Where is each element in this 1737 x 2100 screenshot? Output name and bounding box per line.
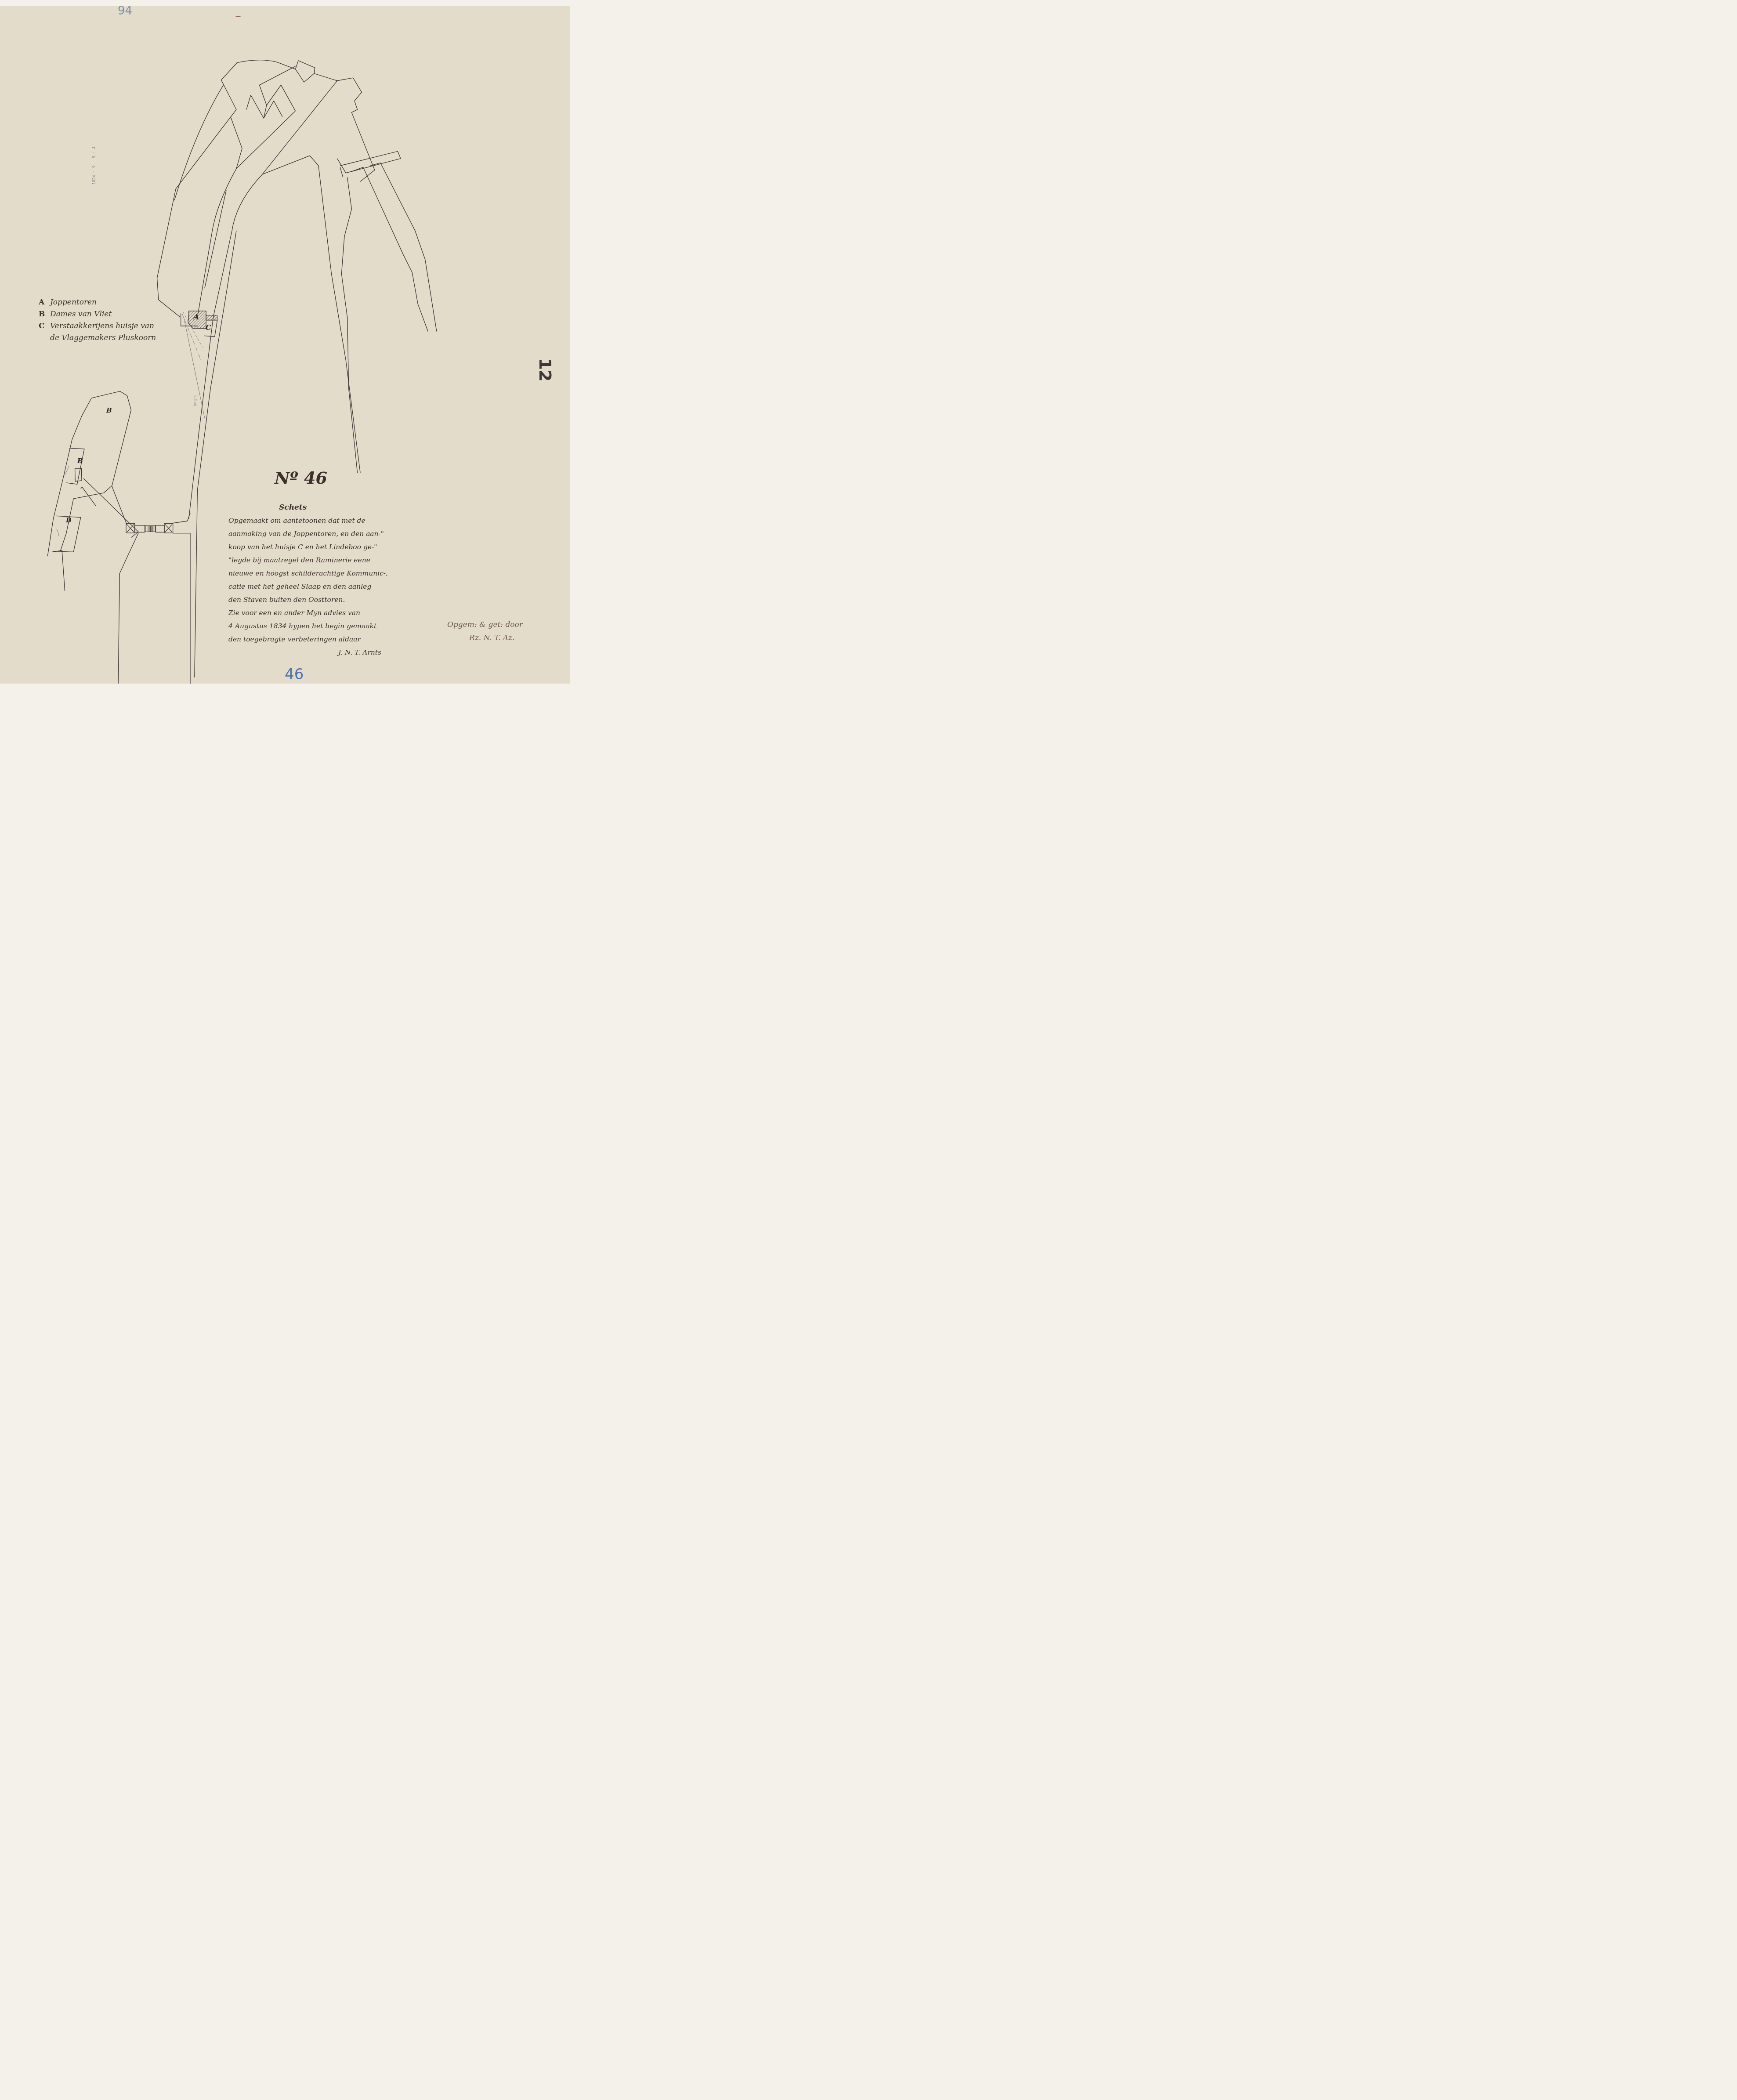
surveyor-line-1: Opgem: & get: door [447,618,523,631]
notes-heading: Schets [228,501,388,514]
sheet-stamp-number: 12 [536,358,555,382]
sheet-number-title: Nº 46 [275,468,327,488]
map-label-b-middle: B [77,457,83,465]
b-buildings [47,391,131,591]
pencil-number-top: 94 [118,4,132,18]
surveyor-line-2: Rz. N. T. Az. [447,631,523,644]
notes-line: den toegebragte verbeteringen aldaar [228,633,388,646]
legend-label: Verstaakkerijens huisje van [50,320,154,332]
legend-item-a: A Joppentoren [39,297,156,308]
notes-signature: J. N. T. Arnts [228,646,388,659]
pencil-dash-top: — [235,13,241,19]
legend-item-b: B Dames van Vliet [39,308,156,320]
legend-key: C [39,320,50,332]
legend-label-continued: de Vlaggemakers Pluskoorn [39,332,156,344]
pencil-number-bottom: 46 [285,666,304,683]
map-label-c: C [206,323,211,332]
right-waterway [337,151,437,472]
legend-label: Dames van Vliet [50,308,112,320]
notes-line: den Staven buiten den Oosttoren. [228,593,388,606]
notes-line: Zie voor een en ander Myn advies van [228,606,388,619]
legend-key: A [39,297,50,308]
map-label-b-bottom: B [66,516,72,524]
legend-item-c: C Verstaakkerijens huisje van [39,320,156,332]
legend-key: B [39,308,50,320]
top-buildings [236,66,337,174]
map-sheet: 94 — 1824 · 9 · 8 · 4 2,5 ell 12 46 A C … [0,0,570,689]
notes-line: koop van het huisje C en het Lindeboo ge… [228,540,388,554]
sketch-notes: Schets Opgemaakt om aantetoonen dat met … [228,501,388,659]
pencil-scale-note: 1824 · 9 · 8 · 4 [92,146,97,185]
map-label-b-top: B [106,406,112,414]
legend: A Joppentoren B Dames van Vliet C Versta… [39,297,156,344]
bridge [83,478,190,689]
surveyor-attribution: Opgem: & get: door Rz. N. T. Az. [447,618,523,644]
notes-line: aanmaking van de Joppentoren, en den aan… [228,527,388,540]
legend-label: Joppentoren [50,297,97,308]
notes-line: catie met het geheel Slaap en den aanleg [228,580,388,593]
notes-line: nieuwe en hoogst schilderachtige Kommuni… [228,567,388,580]
notes-line: Opgemaakt om aantetoonen dat met de [228,514,388,527]
map-label-a: A [193,313,199,322]
notes-line: "legde bij maatregel den Raminerie eene [228,554,388,567]
notes-line: 4 Augustus 1834 hypen het begin gemaakt [228,619,388,633]
